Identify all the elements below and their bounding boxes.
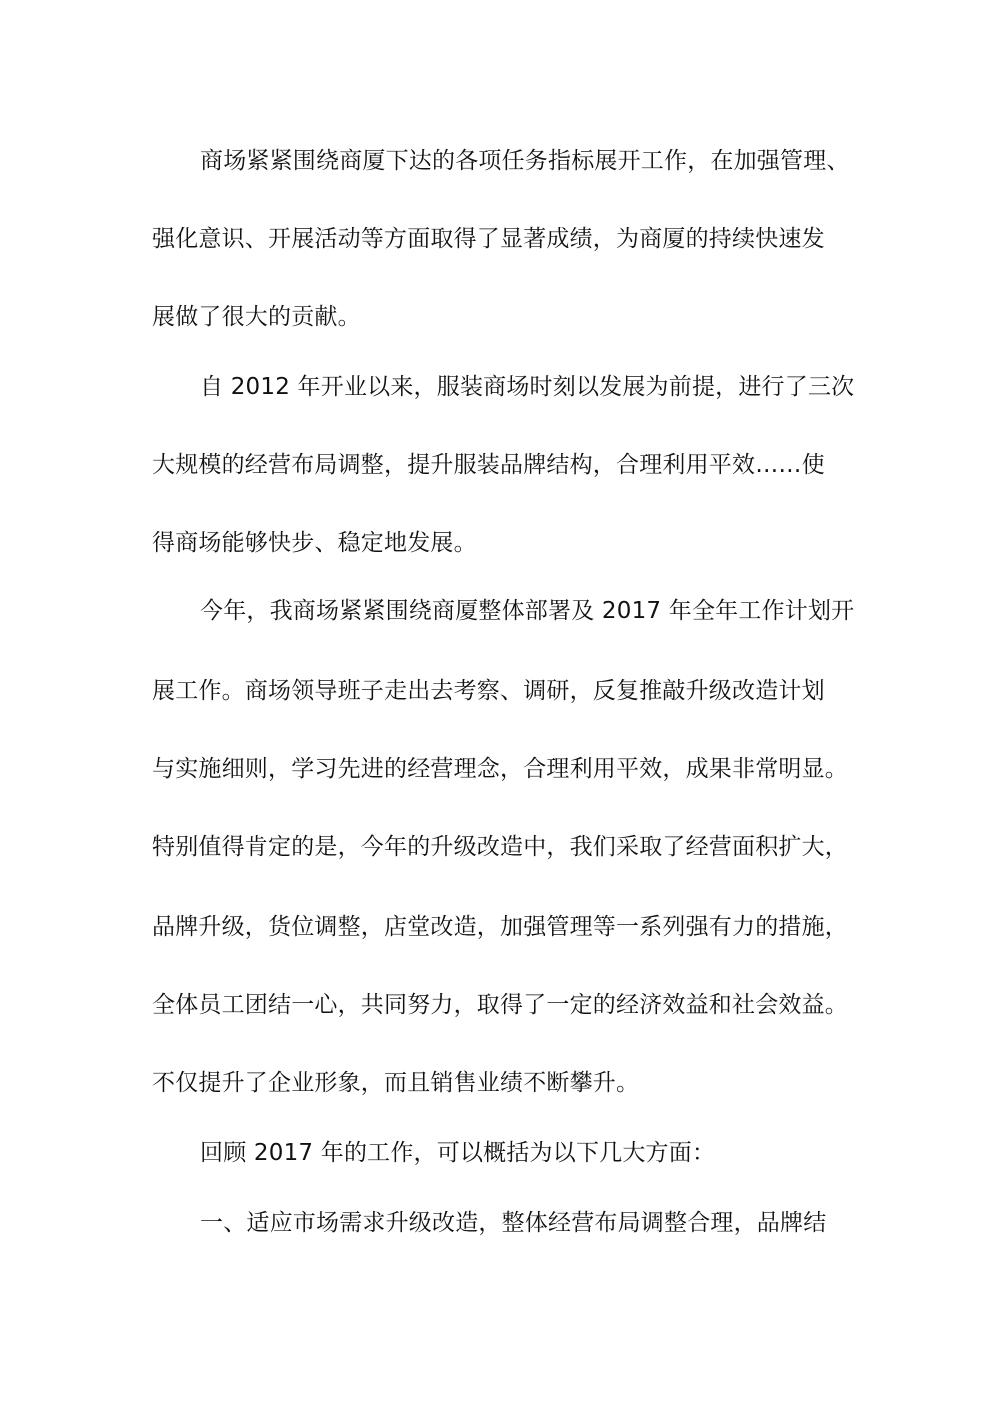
paragraph-3-line-1: 今年，我商场紧紧围绕商厦整体部署及 2017 年全年工作计划开 <box>200 596 854 626</box>
paragraph-2-line-2: 大规模的经营布局调整，提升服装品牌结构，合理利用平效……使 <box>152 450 825 480</box>
section-1-heading-line-1: 一、适应市场需求升级改造，整体经营布局调整合理，品牌结 <box>200 1208 826 1238</box>
paragraph-1-line-2: 强化意识、开展活动等方面取得了显著成绩，为商厦的持续快速发 <box>152 224 825 254</box>
paragraph-3-line-4: 特别值得肯定的是，今年的升级改造中，我们采取了经营面积扩大， <box>152 832 848 862</box>
paragraph-2-line-1: 自 2012 年开业以来，服装商场时刻以发展为前提，进行了三次 <box>200 372 854 402</box>
paragraph-3-line-2: 展工作。商场领导班子走出去考察、调研，反复推敲升级改造计划 <box>152 676 825 706</box>
paragraph-3-line-7: 不仅提升了企业形象，而且销售业绩不断攀升。 <box>152 1068 639 1098</box>
paragraph-1-line-3: 展做了很大的贡献。 <box>152 302 361 332</box>
paragraph-4-line-1: 回顾 2017 年的工作，可以概括为以下几大方面： <box>200 1138 715 1168</box>
paragraph-3-line-6: 全体员工团结一心，共同努力，取得了一定的经济效益和社会效益。 <box>152 990 848 1020</box>
paragraph-3-line-5: 品牌升级，货位调整，店堂改造，加强管理等一系列强有力的措施， <box>152 912 848 942</box>
paragraph-3-line-3: 与实施细则，学习先进的经营理念，合理利用平效，成果非常明显。 <box>152 754 848 784</box>
paragraph-2-line-3: 得商场能够快步、稳定地发展。 <box>152 528 477 558</box>
document-page: 商场紧紧围绕商厦下达的各项任务指标展开工作，在加强管理、 强化意识、开展活动等方… <box>0 0 1000 1415</box>
paragraph-1-line-1: 商场紧紧围绕商厦下达的各项任务指标展开工作，在加强管理、 <box>200 146 850 176</box>
